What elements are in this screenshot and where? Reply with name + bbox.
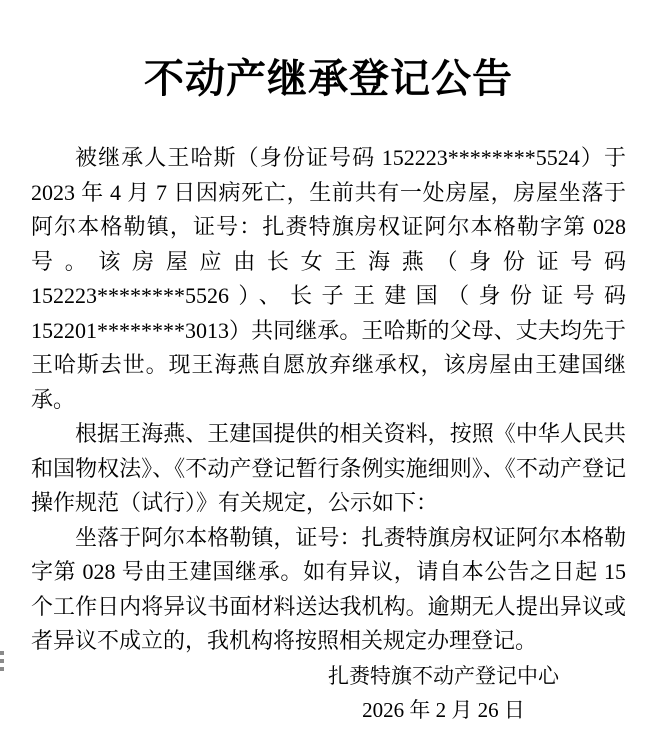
paragraph-objection-notice: 坐落于阿尔本格勒镇，证号：扎赉特旗房权证阿尔本格勒字第 028 号由王建国继承。…	[31, 521, 626, 659]
artifact-dot	[0, 659, 4, 663]
page-title: 不动产继承登记公告	[0, 56, 657, 102]
artifact-dot	[0, 651, 4, 655]
paragraph-legal-basis: 根据王海燕、王建国提供的相关资料，按照《中华人民共和国物权法》、《不动产登记暂行…	[31, 417, 626, 521]
signature-block: 扎赉特旗不动产登记中心 2026 年 2 月 26 日	[328, 659, 559, 728]
document-page: 不动产继承登记公告 被继承人王哈斯（身份证号码 152223********55…	[0, 0, 657, 737]
paragraph-deceased-info: 被继承人王哈斯（身份证号码 152223********5524）于 2023 …	[31, 141, 626, 417]
artifact-dot	[0, 667, 4, 671]
document-body: 被继承人王哈斯（身份证号码 152223********5524）于 2023 …	[31, 141, 626, 659]
signature-organization: 扎赉特旗不动产登记中心	[328, 659, 559, 694]
scan-edge-artifact-dots	[0, 651, 4, 675]
signature-date: 2026 年 2 月 26 日	[328, 693, 559, 728]
